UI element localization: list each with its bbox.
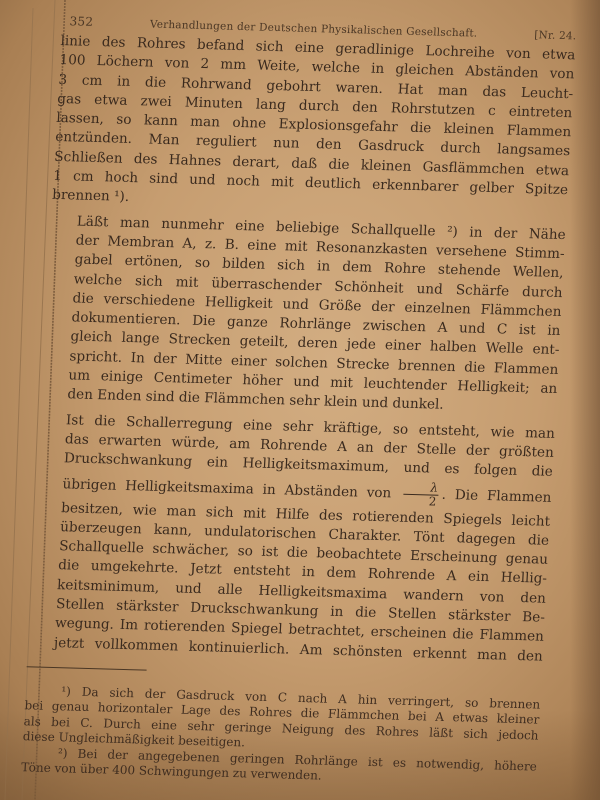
footnote-marker: ²) xyxy=(58,746,68,760)
fraction-denominator: 2 xyxy=(402,494,438,508)
footnotes: ¹) Da sich der Gasdruck von C nach A hin… xyxy=(21,683,541,790)
book-page: 352 Verhandlungen der Deutschen Physikal… xyxy=(21,14,577,790)
fraction-numerator: λ xyxy=(403,480,439,495)
page-gutter-shadow xyxy=(570,0,600,800)
footnote-marker: ¹) xyxy=(61,684,71,698)
text-fragment: . Die Flammen xyxy=(441,486,552,505)
lambda-half-fraction: λ 2 xyxy=(402,480,439,508)
paragraph-3: Ist die Schallerregung eine sehr kräftig… xyxy=(27,410,555,666)
issue-number: [Nr. 24. xyxy=(534,29,577,42)
paragraph-1: linie des Rohres befand sich eine geradl… xyxy=(52,32,576,220)
footnote-separator xyxy=(27,666,147,670)
text-fragment: übrigen Helligkeitsmaxima in Abständen v… xyxy=(62,476,392,501)
paragraph-2: Läßt man nunmehr eine beliebige Schallqu… xyxy=(41,211,566,418)
page-number: 352 xyxy=(69,14,93,29)
body-text: linie des Rohres befand sich eine geradl… xyxy=(27,32,575,667)
